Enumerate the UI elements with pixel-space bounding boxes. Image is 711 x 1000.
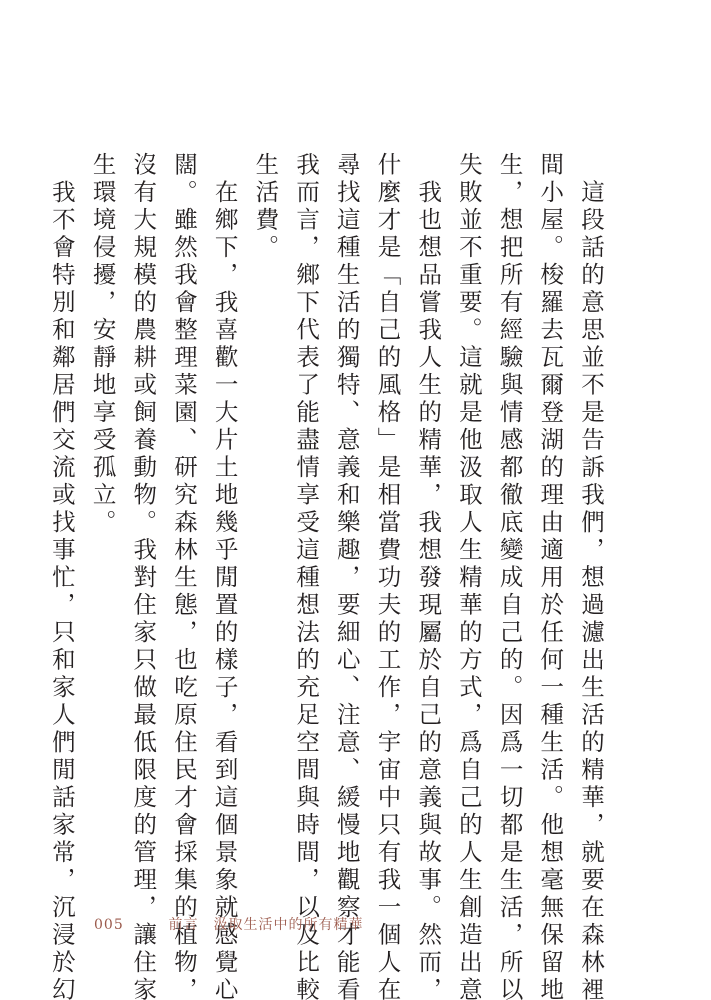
text-line: 我也想品嘗我人生的精華，我想發現屬於自己的意義與故事。然而，了解 bbox=[407, 152, 448, 852]
text-line: 這段話的意思並不是告訴我們，想過濾出生活的精華，就要在森林裡蓋一 bbox=[570, 152, 611, 852]
text-line: 闊。雖然我會整理菜園、研究森林生態，也吃原住民才會採集的植物，但我並 bbox=[163, 152, 204, 852]
running-head: 前言 汲取生活中的所有精華 bbox=[168, 914, 363, 934]
text-line: 生環境侵擾，安靜地享受孤立。 bbox=[82, 152, 123, 852]
text-line: 我不會特別和鄰居們交流或找事忙，只和家人們閒話家常，沉浸於幻想之 bbox=[41, 152, 82, 852]
text-line: 生，想把所有經驗與情感都徹底變成自己的。因爲一切都是生活，所以成功或 bbox=[489, 152, 530, 852]
book-page: 這段話的意思並不是告訴我們，想過濾出生活的精華，就要在森林裡蓋一 間小屋。梭羅去… bbox=[0, 0, 711, 1000]
page-number: 005 bbox=[94, 917, 164, 933]
text-line: 生活費。 bbox=[245, 152, 286, 852]
text-line: 我而言，鄉下代表了能盡情享受這種想法的充足空間與時間，以及比較便宜的 bbox=[285, 152, 326, 852]
text-line: 什麼才是「自己的風格」是相當費功夫的工作，宇宙中只有我一個人在關注並 bbox=[367, 152, 408, 852]
text-line: 尋找這種生活的獨特、意義和樂趣，要細心、注意、緩慢地觀察才能看見。對 bbox=[326, 152, 367, 852]
text-line: 失敗並不重要。這就是他汲取人生精華的方式，爲自己的人生創造出意義。 bbox=[448, 152, 489, 852]
page-footer: 005 前言 汲取生活中的所有精華 bbox=[94, 914, 363, 934]
text-line: 在鄉下，我喜歡一大片土地幾乎閒置的樣子，看到這個景象就感覺心胸開 bbox=[204, 152, 245, 852]
text-line: 間小屋。梭羅去瓦爾登湖的理由適用於任何一種生活。他想毫無保留地品嘗人 bbox=[530, 152, 571, 852]
text-line: 沒有大規模的農耕或飼養動物。我對住家只做最低限度的管理，讓住家不受野 bbox=[123, 152, 164, 852]
vertical-text-body: 這段話的意思並不是告訴我們，想過濾出生活的精華，就要在森林裡蓋一 間小屋。梭羅去… bbox=[41, 152, 611, 852]
